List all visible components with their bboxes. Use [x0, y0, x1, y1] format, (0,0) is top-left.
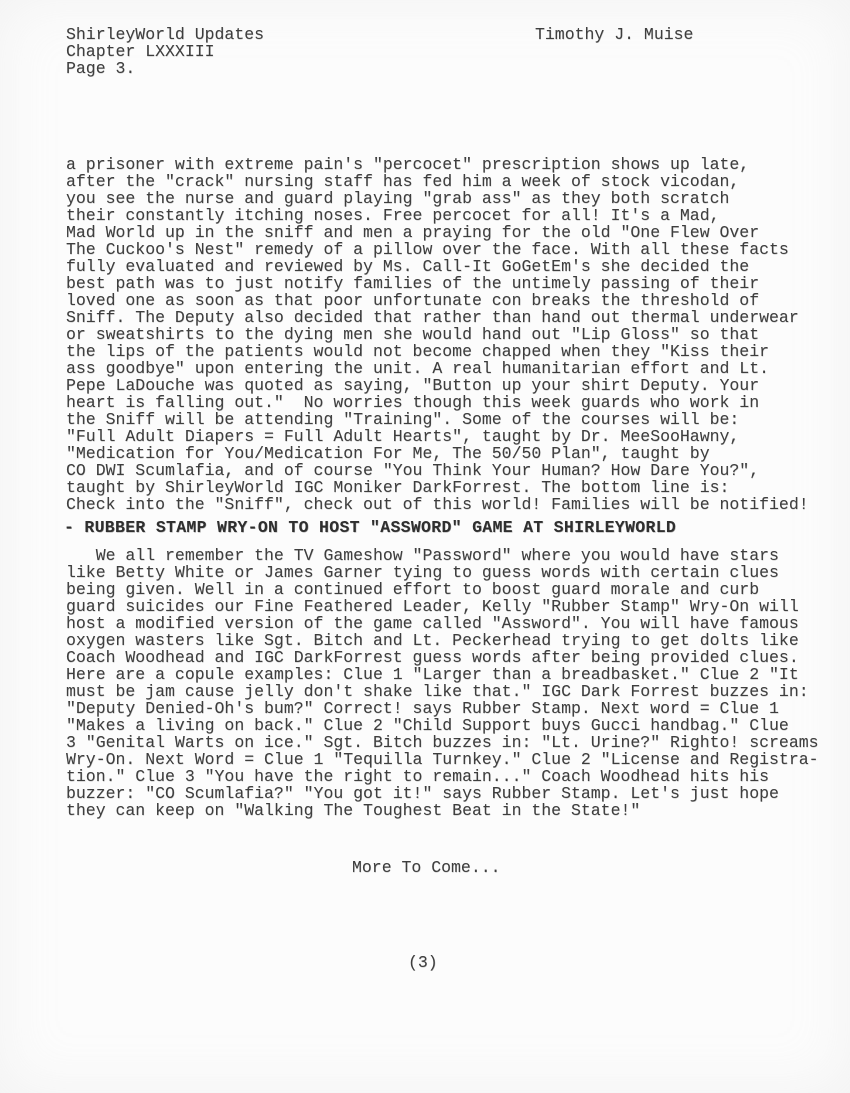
page-number: (3) — [408, 954, 438, 971]
section-heading: - RUBBER STAMP WRY-ON TO HOST "ASSWORD" … — [64, 519, 676, 536]
body-paragraph-1: a prisoner with extreme pain's "percocet… — [66, 156, 809, 513]
document-page: ShirleyWorld Updates Chapter LXXXIII Pag… — [0, 0, 850, 1093]
author-name: Timothy J. Muise — [535, 26, 693, 43]
document-header: ShirleyWorld Updates Chapter LXXXIII Pag… — [66, 26, 264, 77]
more-to-come-note: More To Come... — [352, 859, 501, 876]
body-paragraph-2: We all remember the TV Gameshow "Passwor… — [66, 547, 819, 819]
